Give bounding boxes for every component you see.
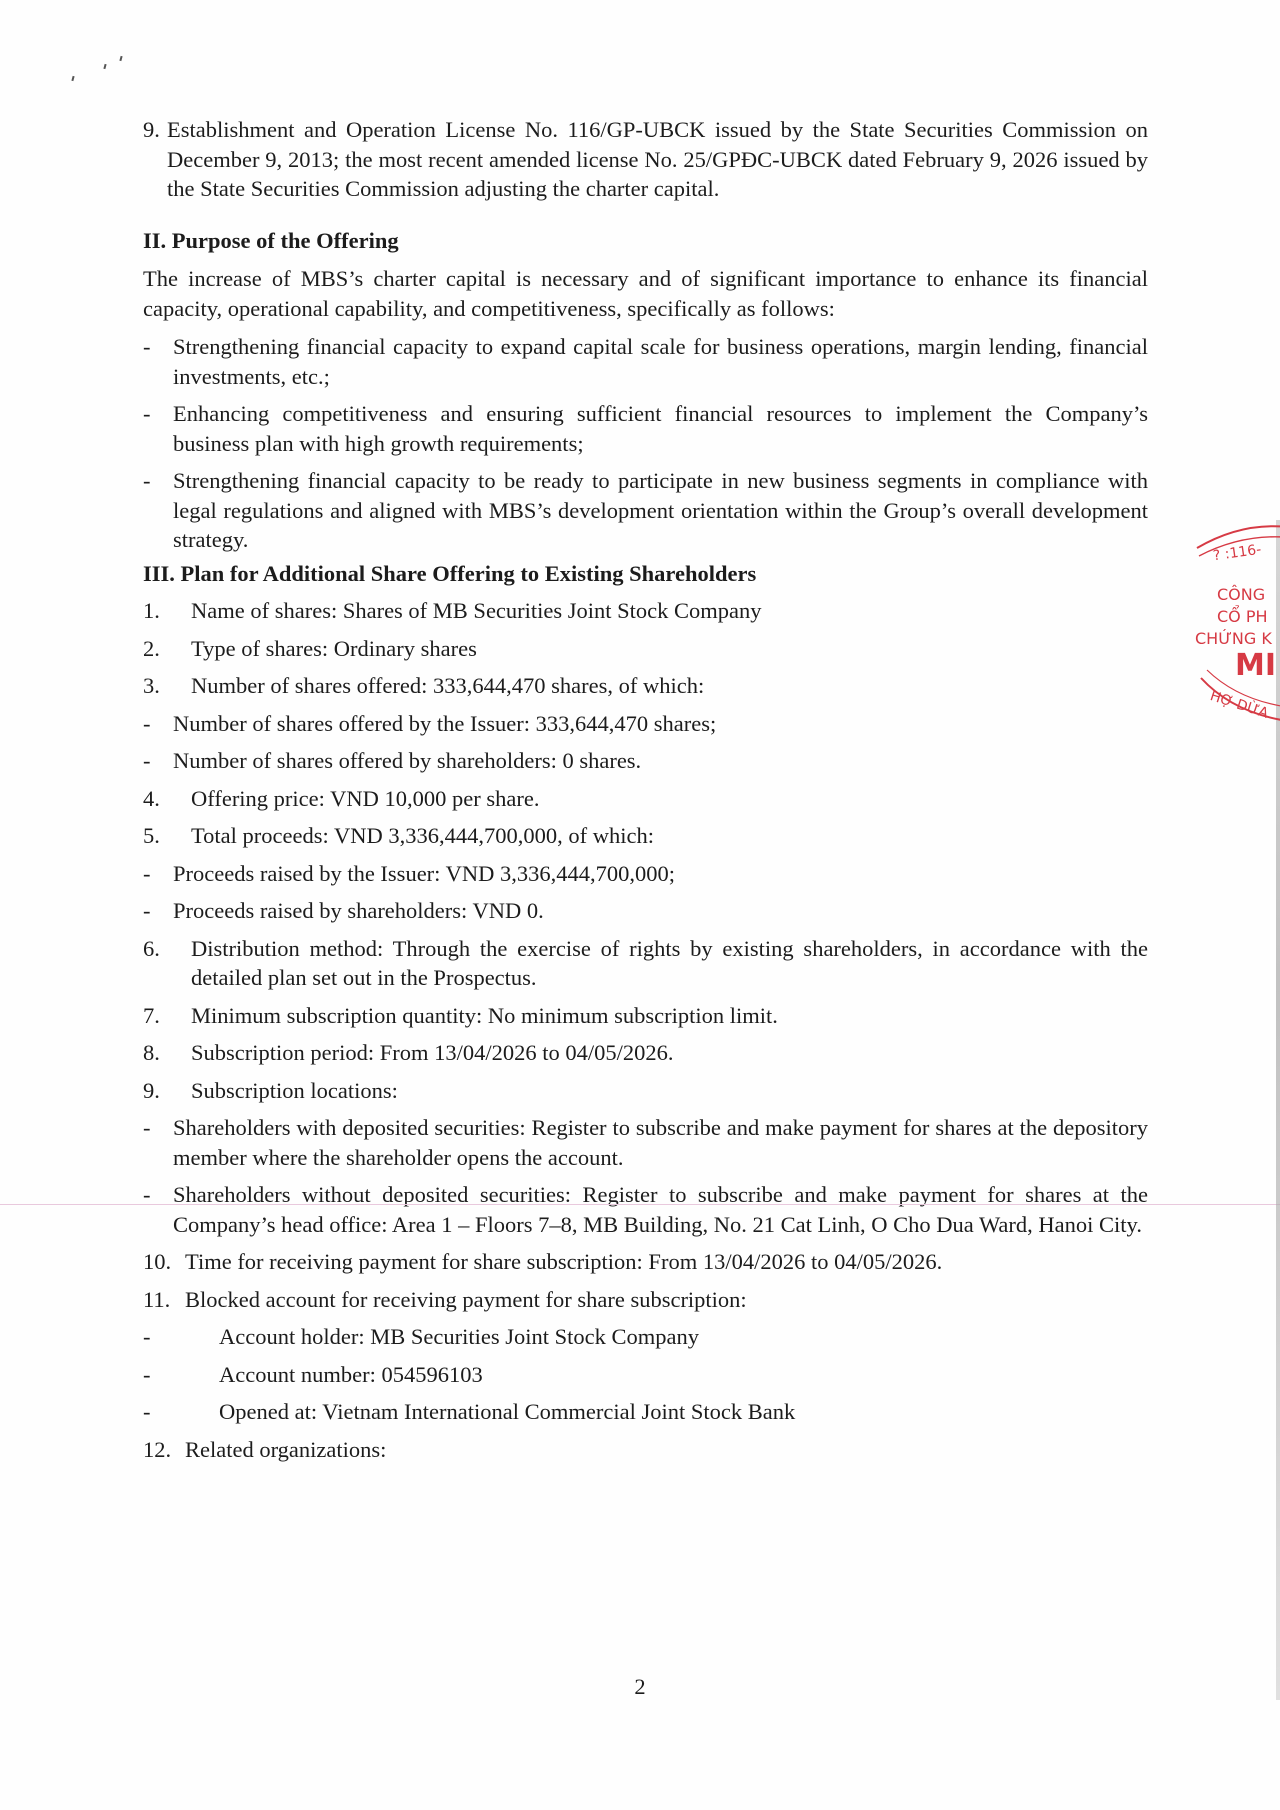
item-text: Subscription period: From 13/04/2026 to …	[191, 1038, 1148, 1068]
bullet-text: Shareholders without deposited securitie…	[173, 1180, 1148, 1239]
item-number: 7.	[143, 1001, 191, 1031]
bullet-text: Shareholders with deposited securities: …	[173, 1113, 1148, 1172]
item-number: 5.	[143, 821, 191, 851]
plan-item: 9.Subscription locations:	[143, 1076, 1148, 1106]
purpose-intro: The increase of MBS’s charter capital is…	[143, 264, 1148, 323]
bullet-dash: -	[143, 1113, 173, 1172]
bullet-text: Strengthening financial capacity to expa…	[173, 332, 1148, 391]
document-page: 9. Establishment and Operation License N…	[0, 0, 1280, 1810]
item-text: Time for receiving payment for share sub…	[185, 1247, 1148, 1277]
item-number: 6.	[143, 934, 191, 993]
plan-item: 6.Distribution method: Through the exerc…	[143, 934, 1148, 993]
item-text: Type of shares: Ordinary shares	[191, 634, 1148, 664]
bullet-item: -Shareholders with deposited securities:…	[143, 1113, 1148, 1172]
plan-item-list: 1.Name of shares: Shares of MB Securitie…	[143, 596, 1148, 1314]
bullet-dash: -	[143, 896, 173, 926]
item-text: Name of shares: Shares of MB Securities …	[191, 596, 1148, 626]
item-number: 9.	[143, 1076, 191, 1106]
item-number: 3.	[143, 671, 191, 701]
plan-item: 5.Total proceeds: VND 3,336,444,700,000,…	[143, 821, 1148, 851]
seal-line: CHỨNG K	[1195, 630, 1272, 648]
bullet-item: -Enhancing competitiveness and ensuring …	[143, 399, 1148, 458]
account-detail: -Account number: 054596103	[143, 1360, 1148, 1390]
plan-item: 2.Type of shares: Ordinary shares	[143, 634, 1148, 664]
item-text: Distribution method: Through the exercis…	[191, 934, 1148, 993]
plan-item: 7.Minimum subscription quantity: No mini…	[143, 1001, 1148, 1031]
bullet-dash: -	[143, 1360, 219, 1390]
purpose-bullet-list: -Strengthening financial capacity to exp…	[143, 332, 1148, 555]
bullet-item: -Number of shares offered by shareholder…	[143, 746, 1148, 776]
item-number: 4.	[143, 784, 191, 814]
bullet-text: Proceeds raised by the Issuer: VND 3,336…	[173, 859, 1148, 889]
item-number: 2.	[143, 634, 191, 664]
seal-logo-text: MI	[1235, 650, 1276, 682]
bullet-text: Proceeds raised by shareholders: VND 0.	[173, 896, 1148, 926]
bullet-item: -Shareholders without deposited securiti…	[143, 1180, 1148, 1239]
scan-artifact-line	[0, 1204, 1280, 1205]
item-text: Establishment and Operation License No. …	[167, 115, 1148, 204]
item-number: 9.	[143, 115, 167, 204]
account-detail-text: Opened at: Vietnam International Commerc…	[219, 1397, 1148, 1427]
plan-item: 11.Blocked account for receiving payment…	[143, 1285, 1148, 1315]
item-text: Related organizations:	[185, 1435, 1148, 1465]
bullet-dash: -	[143, 399, 173, 458]
bullet-item: -Strengthening financial capacity to be …	[143, 466, 1148, 555]
scan-specks	[70, 52, 130, 82]
page-number: 2	[0, 1674, 1280, 1700]
bullet-text: Number of shares offered by the Issuer: …	[173, 709, 1148, 739]
bullet-item: -Strengthening financial capacity to exp…	[143, 332, 1148, 391]
blocked-account-details: -Account holder: MB Securities Joint Sto…	[143, 1322, 1148, 1427]
bullet-item: -Proceeds raised by the Issuer: VND 3,33…	[143, 859, 1148, 889]
seal-line: CỔ PH	[1217, 608, 1268, 626]
item-text: Blocked account for receiving payment fo…	[185, 1285, 1148, 1315]
account-detail-text: Account holder: MB Securities Joint Stoc…	[219, 1322, 1148, 1352]
bullet-dash: -	[143, 466, 173, 555]
document-body: 9. Establishment and Operation License N…	[143, 115, 1148, 1464]
section-heading-plan: III. Plan for Additional Share Offering …	[143, 559, 1148, 589]
plan-item: 3.Number of shares offered: 333,644,470 …	[143, 671, 1148, 701]
item-text: Offering price: VND 10,000 per share.	[191, 784, 1148, 814]
plan-item: 10.Time for receiving payment for share …	[143, 1247, 1148, 1277]
bullet-text: Strengthening financial capacity to be r…	[173, 466, 1148, 555]
account-detail: -Account holder: MB Securities Joint Sto…	[143, 1322, 1148, 1352]
bullet-dash: -	[143, 1180, 173, 1239]
item-number: 1.	[143, 596, 191, 626]
item-text: Minimum subscription quantity: No minimu…	[191, 1001, 1148, 1031]
plan-item: 4.Offering price: VND 10,000 per share.	[143, 784, 1148, 814]
account-detail-text: Account number: 054596103	[219, 1360, 1148, 1390]
plan-item: 8.Subscription period: From 13/04/2026 t…	[143, 1038, 1148, 1068]
bullet-item: -Proceeds raised by shareholders: VND 0.	[143, 896, 1148, 926]
bullet-dash: -	[143, 859, 173, 889]
bullet-dash: -	[143, 1322, 219, 1352]
license-item: 9. Establishment and Operation License N…	[143, 115, 1148, 204]
item-text: Number of shares offered: 333,644,470 sh…	[191, 671, 1148, 701]
company-seal-stamp: ? :116- CÔNG CỔ PH CHỨNG K MI HỢ DỪA	[1195, 510, 1280, 740]
item-number: 12.	[143, 1435, 185, 1465]
plan-item: 1.Name of shares: Shares of MB Securitie…	[143, 596, 1148, 626]
plan-item: 12. Related organizations:	[143, 1435, 1148, 1465]
bullet-dash: -	[143, 1397, 219, 1427]
item-number: 10.	[143, 1247, 185, 1277]
account-detail: -Opened at: Vietnam International Commer…	[143, 1397, 1148, 1427]
section-heading-purpose: II. Purpose of the Offering	[143, 226, 1148, 256]
item-number: 11.	[143, 1285, 185, 1315]
item-text: Subscription locations:	[191, 1076, 1148, 1106]
bullet-text: Enhancing competitiveness and ensuring s…	[173, 399, 1148, 458]
item-text: Total proceeds: VND 3,336,444,700,000, o…	[191, 821, 1148, 851]
bullet-dash: -	[143, 332, 173, 391]
seal-line: CÔNG	[1217, 586, 1265, 604]
bullet-dash: -	[143, 746, 173, 776]
bullet-item: -Number of shares offered by the Issuer:…	[143, 709, 1148, 739]
bullet-dash: -	[143, 709, 173, 739]
item-number: 8.	[143, 1038, 191, 1068]
bullet-text: Number of shares offered by shareholders…	[173, 746, 1148, 776]
